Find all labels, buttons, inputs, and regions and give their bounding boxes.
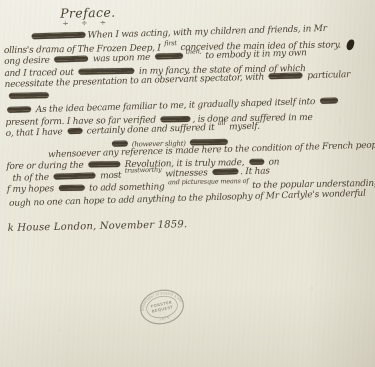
scribble-strikeout <box>54 55 88 62</box>
text-segment: o, that I have <box>6 127 66 139</box>
text-segment: particular <box>305 70 351 81</box>
scribble-strikeout <box>53 171 95 178</box>
text-segment: f my hopes <box>7 184 57 195</box>
text-segment: most <box>97 170 124 181</box>
manuscript-body: Preface. ÷ ÷ ÷ When I was acting, with m… <box>3 0 375 234</box>
insertion-text: trustworthy <box>125 164 162 177</box>
insertion-text: all <box>218 118 226 130</box>
scribble-strikeout <box>7 106 31 113</box>
scribble-strikeout <box>190 138 228 145</box>
text-segment: myself. <box>226 122 259 133</box>
insertion-text: and picturesque means of <box>168 176 249 189</box>
scribble-strikeout <box>32 31 86 39</box>
scribble-strikeout <box>155 52 183 59</box>
scribble-strikeout <box>88 161 120 168</box>
scribble-strikeout <box>58 184 84 190</box>
dateline: k House London, November 1859. <box>8 215 375 234</box>
forster-bequest-stamp-icon: DEPARTMENT OF SCIENCE & ART FORSTER BEQU… <box>134 282 189 331</box>
text-segment: th of the <box>12 172 51 183</box>
text-segment: to embody it in my own <box>203 48 307 61</box>
insertion-text: first <box>164 38 177 50</box>
insertion-text: then, <box>185 46 201 58</box>
scribble-strikeout <box>249 158 264 164</box>
text-segment: to add something <box>86 182 167 193</box>
scribble-strikeout <box>160 115 190 121</box>
manuscript-lines: When I was acting, with my children and … <box>4 25 375 210</box>
text-segment: and I traced out <box>4 67 76 78</box>
text-segment: fore or during the <box>6 161 86 172</box>
scribble-strikeout <box>67 127 82 133</box>
text-segment: ong desire <box>4 56 52 67</box>
scribble-strikeout <box>78 67 134 74</box>
scribble-strikeout <box>320 97 338 104</box>
scribble-strikeout <box>112 140 128 146</box>
scribble-strikeout <box>212 167 238 174</box>
manuscript-page: Preface. ÷ ÷ ÷ When I was acting, with m… <box>0 0 375 367</box>
text-segment: was upon me <box>90 53 153 65</box>
scribble-strikeout <box>9 91 49 98</box>
scribble-strikeout <box>269 72 303 79</box>
